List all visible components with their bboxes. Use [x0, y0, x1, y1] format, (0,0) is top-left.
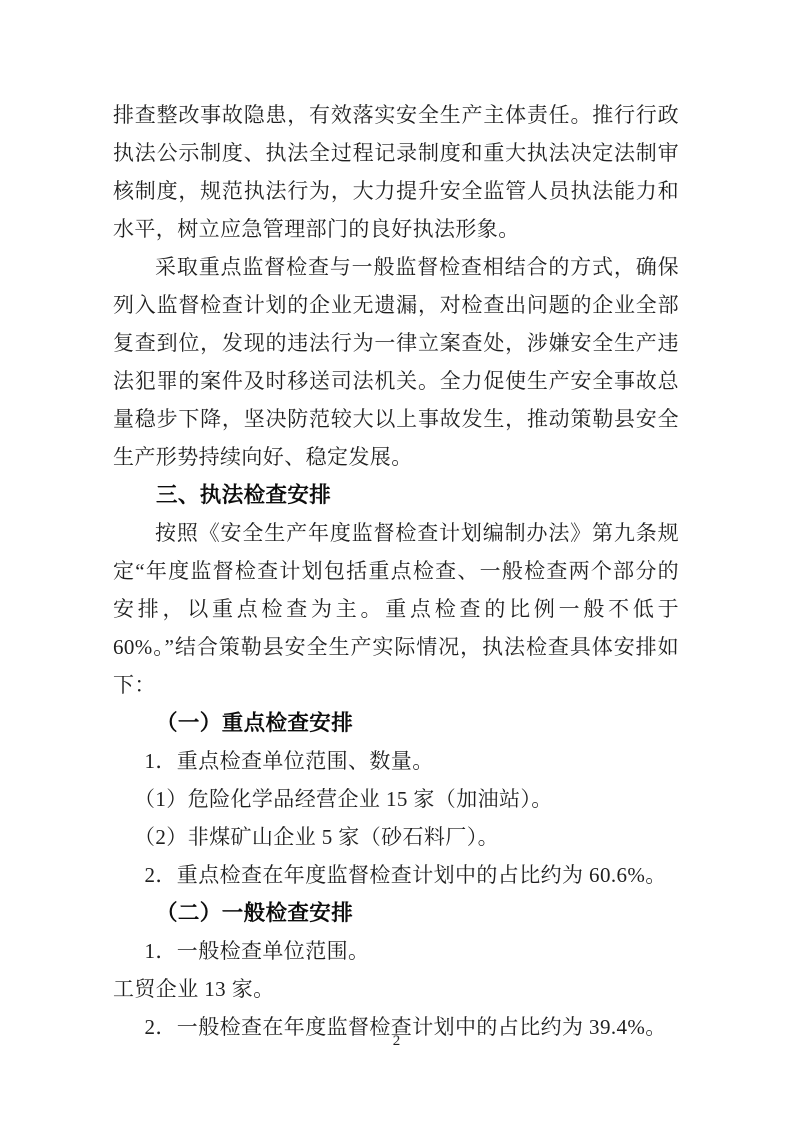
document-body: 排查整改事故隐患，有效落实安全生产主体责任。推行行政执法公示制度、执法全过程记录… — [113, 96, 679, 1046]
general-inspection-item-scope: 1．一般检查单位范围。 — [113, 932, 679, 970]
subsection-heading-general-inspection: （二）一般检查安排 — [113, 894, 679, 932]
key-inspection-hazardous-chemicals-line: （1）危险化学品经营企业 15 家（加油站）。 — [113, 780, 679, 818]
document-page: 排查整改事故隐患，有效落实安全生产主体责任。推行行政执法公示制度、执法全过程记录… — [0, 0, 793, 1122]
subsection-heading-key-inspection: （一）重点检查安排 — [113, 704, 679, 742]
paragraph-plan-basis: 按照《安全生产年度监督检查计划编制办法》第九条规定“年度监督检查计划包括重点检查… — [113, 514, 679, 704]
page-number: 2 — [0, 1033, 793, 1050]
paragraph-inspection-approach: 采取重点监督检查与一般监督检查相结合的方式，确保列入监督检查计划的企业无遗漏，对… — [113, 248, 679, 476]
general-inspection-trade-enterprises-line: 工贸企业 13 家。 — [113, 970, 679, 1008]
key-inspection-proportion-line: 2．重点检查在年度监督检查计划中的占比约为 60.6%。 — [113, 856, 679, 894]
section-heading-law-enforcement-inspection-arrangement: 三、执法检查安排 — [113, 476, 679, 514]
paragraph-continuation: 排查整改事故隐患，有效落实安全生产主体责任。推行行政执法公示制度、执法全过程记录… — [113, 96, 679, 248]
key-inspection-item-scope: 1．重点检查单位范围、数量。 — [113, 742, 679, 780]
key-inspection-non-coal-mines-line: （2）非煤矿山企业 5 家（砂石料厂）。 — [113, 818, 679, 856]
